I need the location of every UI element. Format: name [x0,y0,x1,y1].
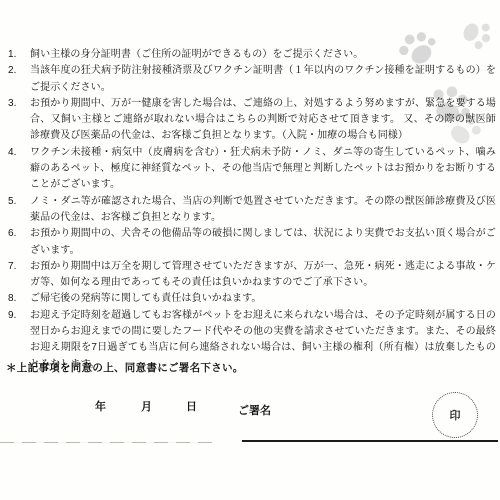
term-item: 1. 飼い主様の身分証明書（ご住所の証明ができるもの）をご提示ください。 [8,47,496,63]
term-item: 4. ワクチン未接種・病気中（皮膚病を含む）・狂犬病未予防・ノミ、ダニ等の寄生し… [8,145,496,194]
term-text: お預かり期間中は万全を期して管理させていただきますが、万が一、急死・病死・逃走に… [30,259,496,292]
term-number: 4. [8,145,30,161]
date-year-label: 年 [95,398,106,414]
term-item: 5. ノミ・ダニ等が確認された場合、当店の判断で処置させていただきます。その際の… [8,194,496,227]
term-number: 8. [8,291,30,307]
term-text: お預かり期間中の、犬舎その他備品等の破損に関しましては、状況により実費でお支払い… [30,226,496,259]
term-text: お預かり期間中、万が一健康を害した場合は、ご連絡の上、対処するよう努めますが、緊… [30,96,496,145]
term-item: 3. お預かり期間中、万が一健康を害した場合は、ご連絡の上、対処するよう努めます… [8,96,496,145]
seal-circle: 印 [432,392,478,438]
term-item: 8. ご帰宅後の発病等に関しても責任は負いかねます。 [8,291,496,307]
term-number: 9. [8,308,30,324]
term-text: ノミ・ダニ等が確認された場合、当店の判断で処置させていただきます。その際の獣医師… [30,194,496,227]
term-item: 7. お預かり期間中は万全を期して管理させていただきますが、万が一、急死・病死・… [8,259,496,292]
terms-list: 1. 飼い主様の身分証明書（ご住所の証明ができるもの）をご提示ください。 2. … [8,47,496,373]
term-number: 3. [8,96,30,112]
term-text: 飼い主様の身分証明書（ご住所の証明ができるもの）をご提示ください。 [30,47,496,63]
signature-line [242,440,498,442]
seal-label: 印 [450,407,461,423]
agreement-note: ＊上記事項を同意の上、同意書にご署名下さい。 [6,360,244,375]
term-text: 当該年度の狂犬病予防注射接種済票及びワクチン証明書（１年以内のワクチン接種を証明… [30,63,496,96]
term-number: 6. [8,226,30,242]
term-number: 7. [8,259,30,275]
date-month-label: 月 [141,398,152,414]
term-number: 2. [8,63,30,79]
term-item: 2. 当該年度の狂犬病予防注射接種済票及びワクチン証明書（１年以内のワクチン接種… [8,63,496,96]
term-number: 5. [8,194,30,210]
term-text: ご帰宅後の発病等に関しても責任は負いかねます。 [30,291,496,307]
signature-label: ご署名 [238,402,271,418]
term-item: 6. お預かり期間中の、犬舎その他備品等の破損に関しましては、状況により実費でお… [8,226,496,259]
term-text: ワクチン未接種・病気中（皮膚病を含む）・狂犬病未予防・ノミ、ダニ等の寄生している… [30,145,496,194]
date-line [0,442,212,443]
consent-document: 1. 飼い主様の身分証明書（ご住所の証明ができるもの）をご提示ください。 2. … [0,0,500,500]
term-number: 1. [8,47,30,63]
date-day-label: 日 [186,398,197,414]
